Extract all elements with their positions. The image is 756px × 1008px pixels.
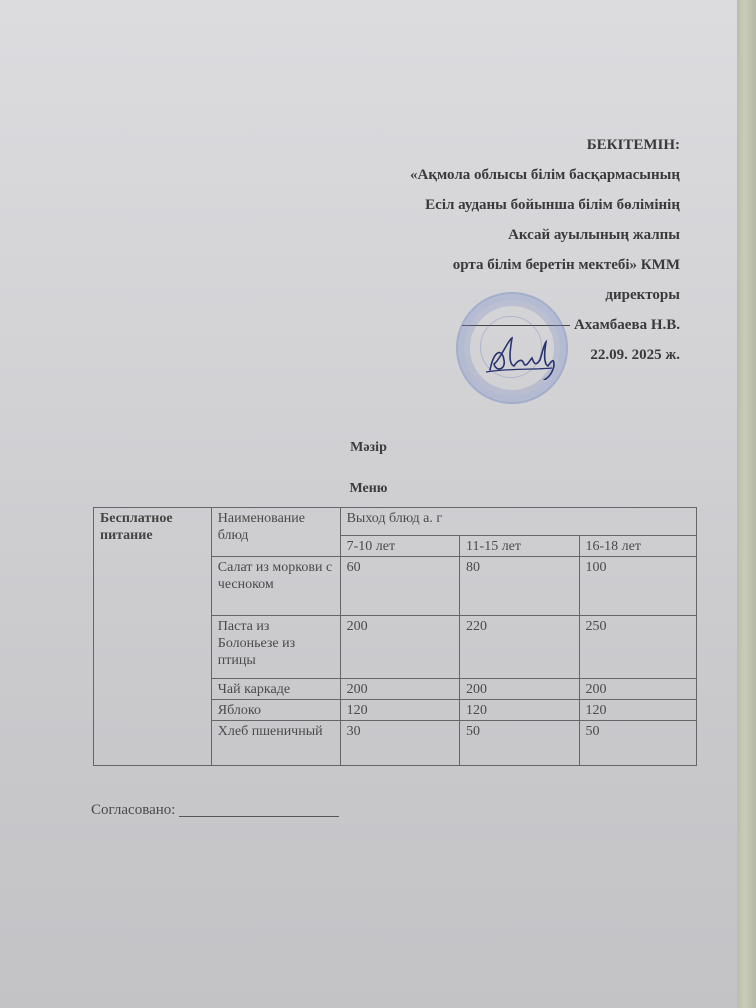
age-group-header: 16-18 лет	[579, 536, 697, 557]
dish-value: 60	[340, 557, 459, 616]
dish-name: Яблоко	[211, 700, 340, 721]
menu-table: Бесплатное питание Наименование блюд Вых…	[93, 507, 697, 766]
dish-value: 200	[340, 616, 459, 679]
dish-name: Хлеб пшеничный	[211, 721, 340, 766]
approval-line-2: Есіл ауданы бойынша білім бөлімінің	[410, 190, 680, 220]
age-group-header: 7-10 лет	[340, 536, 459, 557]
dish-value: 120	[340, 700, 459, 721]
yield-header: Выход блюд а. г	[340, 508, 696, 536]
dish-value: 80	[460, 557, 579, 616]
dish-value: 120	[460, 700, 579, 721]
title-russian: Меню	[0, 481, 737, 497]
approval-line-3: Аксай ауылының жалпы	[410, 220, 680, 250]
dish-value: 200	[340, 679, 459, 700]
agreed-block: Согласовано:	[91, 802, 339, 819]
dish-value: 200	[460, 679, 579, 700]
dish-value: 50	[579, 721, 697, 766]
age-group-header: 11-15 лет	[460, 536, 579, 557]
approval-line-1: «Ақмола облысы білім басқармасының	[410, 160, 680, 190]
title-kazakh: Мәзір	[0, 440, 737, 456]
signatory-name: Ахамбаева Н.В.	[574, 317, 680, 333]
approval-heading: БЕКІТЕМІН:	[410, 130, 680, 160]
agreed-signature-line	[179, 815, 339, 817]
dish-value: 120	[579, 700, 697, 721]
signature	[482, 330, 572, 380]
document-page: БЕКІТЕМІН: «Ақмола облысы білім басқарма…	[0, 0, 737, 1008]
dish-value: 220	[460, 616, 579, 679]
agreed-label: Согласовано:	[91, 802, 175, 818]
dish-value: 100	[579, 557, 697, 616]
background-wall	[737, 0, 756, 1008]
name-header: Наименование блюд	[211, 508, 340, 557]
dish-value: 30	[340, 721, 459, 766]
dish-value: 200	[579, 679, 697, 700]
category-cell: Бесплатное питание	[94, 508, 212, 766]
approval-line-4: орта білім беретін мектебі» КММ	[410, 250, 680, 280]
dish-name: Салат из моркови с чесноком	[211, 557, 340, 616]
dish-value: 50	[460, 721, 579, 766]
dish-value: 250	[579, 616, 697, 679]
dish-name: Паста из Болоньезе из птицы	[211, 616, 340, 679]
dish-name: Чай каркаде	[211, 679, 340, 700]
